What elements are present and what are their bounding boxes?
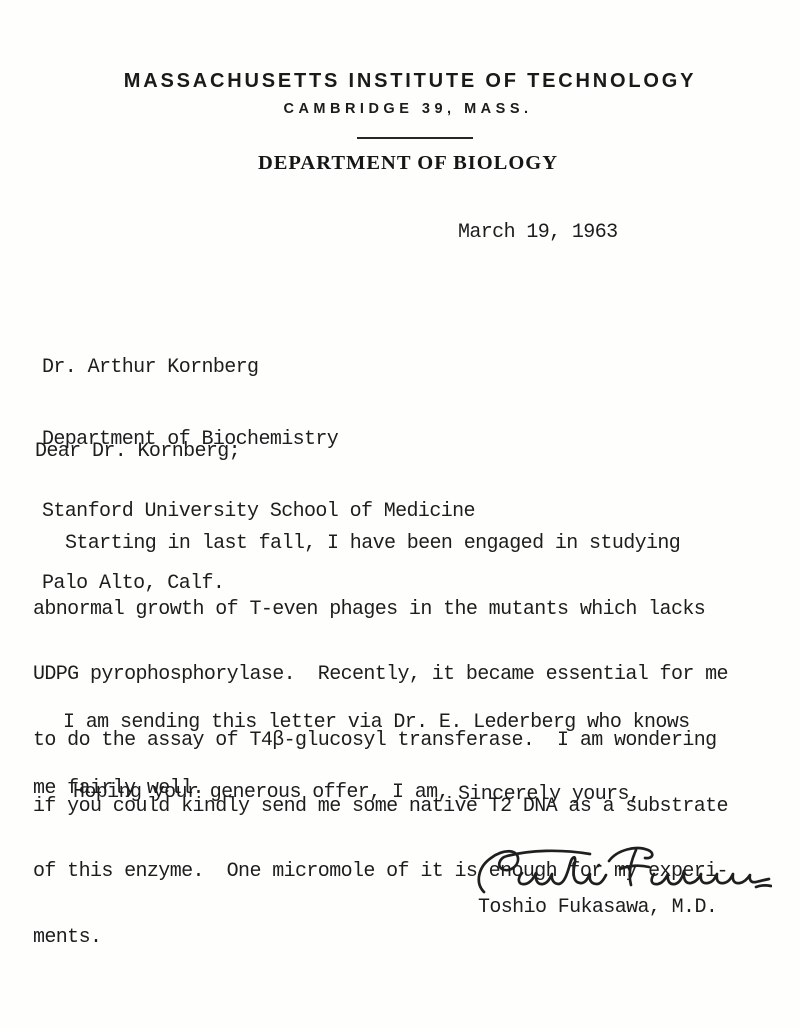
body-line: abnormal growth of T-even phages in the …	[33, 599, 728, 621]
body-line: ments.	[33, 927, 728, 949]
handwritten-signature	[472, 846, 772, 898]
address-line: Dr. Arthur Kornberg	[42, 356, 475, 380]
body-paragraph-3: Hoping your generous offer, I am,	[33, 738, 449, 848]
letter-page: MASSACHUSETTS INSTITUTE OF TECHNOLOGY CA…	[0, 0, 800, 1028]
letterhead-institution: MASSACHUSETTS INSTITUTE OF TECHNOLOGY	[10, 70, 800, 93]
body-line: Hoping your generous offer, I am,	[33, 782, 449, 804]
salutation: Dear Dr. Kornberg;	[35, 441, 240, 463]
body-line: Starting in last fall, I have been engag…	[33, 533, 728, 555]
letterhead-location: CAMBRIDGE 39, MASS.	[8, 101, 800, 117]
closing: Sincerely yours,	[458, 784, 640, 806]
letterhead-divider	[357, 137, 473, 139]
body-line: I am sending this letter via Dr. E. Lede…	[33, 712, 690, 734]
typed-signature: Toshio Fukasawa, M.D.	[478, 897, 717, 919]
letterhead-department: DEPARTMENT OF BIOLOGY	[8, 152, 800, 175]
date-line: March 19, 1963	[458, 222, 618, 244]
